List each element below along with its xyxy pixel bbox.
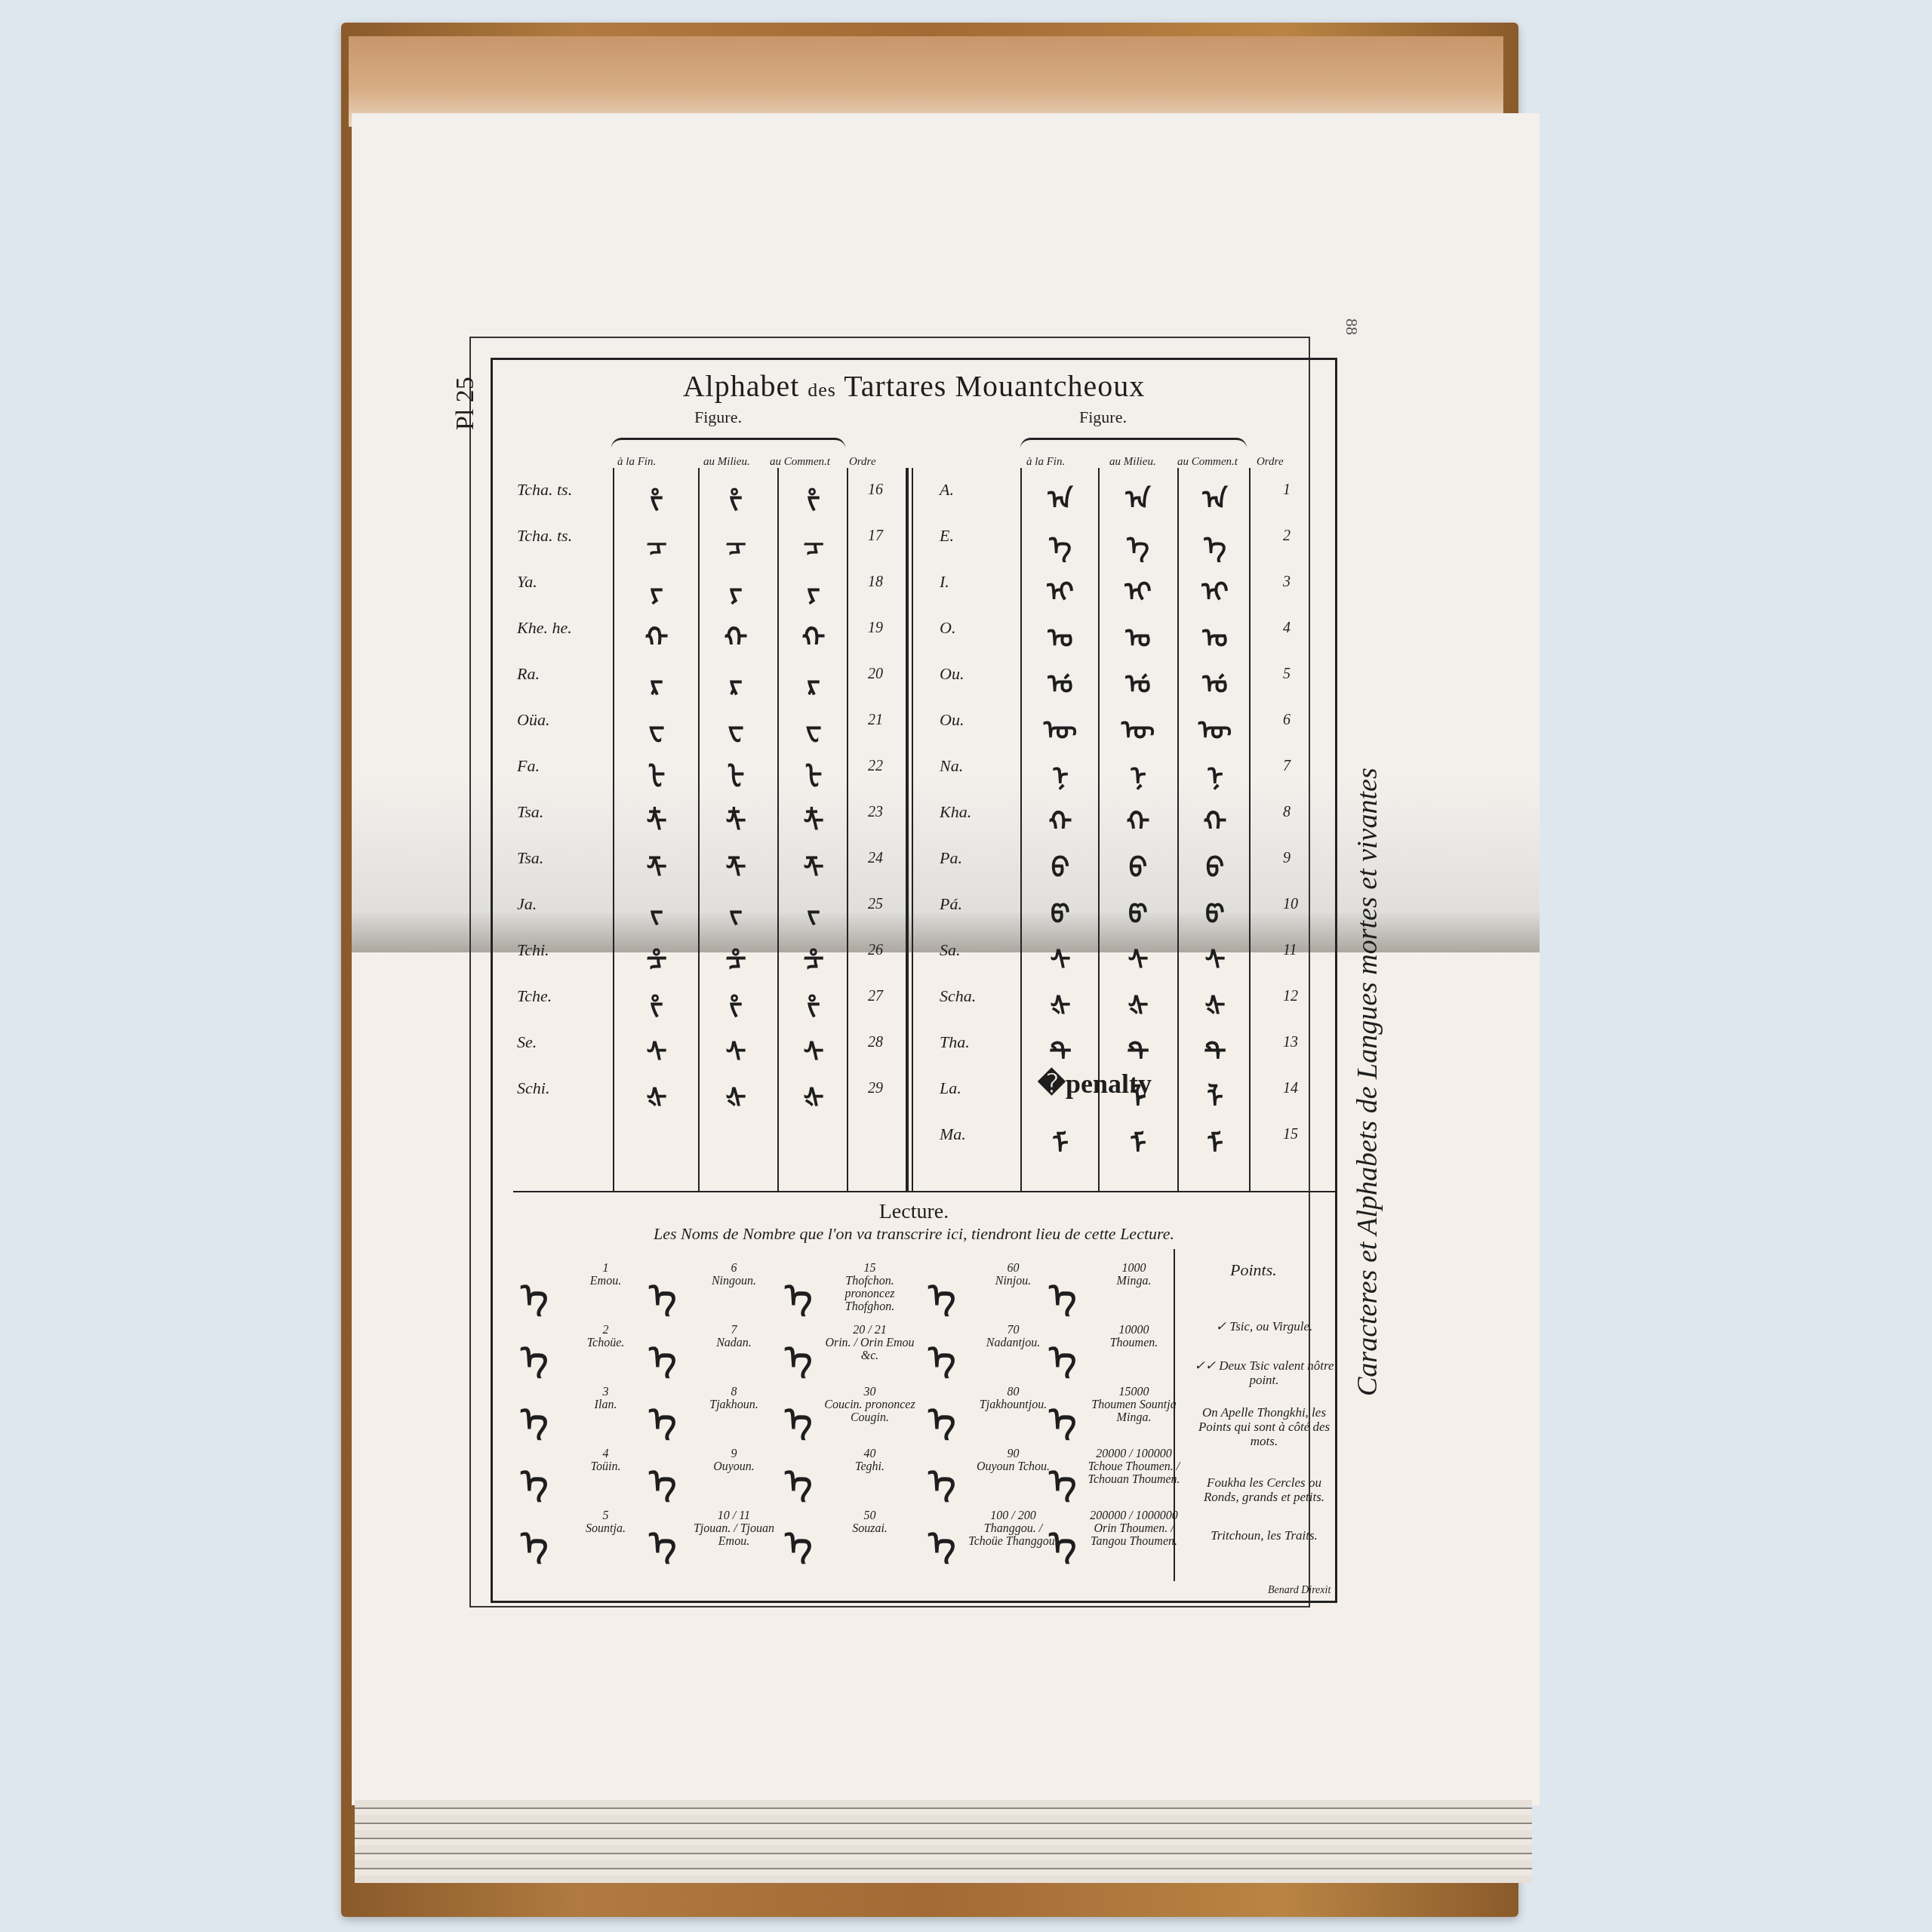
manchu-numeral-glyph: ᡝ [1049, 1321, 1076, 1379]
glyph-medial: ᠶ [713, 561, 758, 609]
grid-line [1020, 468, 1022, 1192]
letter-name: Schi. [517, 1078, 549, 1098]
number-name-item: 2Tchoüe. [558, 1324, 653, 1349]
glyph-final: ᡶ [634, 746, 679, 793]
glyph-final: ᠮ [1038, 1114, 1083, 1161]
numeral-name: Orin. / Orin Emou &c. [823, 1337, 917, 1362]
glyph-initial: ᡶ [791, 746, 836, 793]
letter-name: Na. [940, 756, 963, 776]
numeral: 2 [558, 1324, 653, 1337]
numeral-name: Orin Thoumen. / Tangou Thoumen. [1087, 1522, 1181, 1548]
figure-label-right: Figure. [1079, 408, 1127, 427]
numeral-name: Toüin. [558, 1460, 653, 1473]
manchu-numeral-glyph: ᡝ [1049, 1444, 1076, 1503]
manchu-numeral-glyph: ᡝ [649, 1259, 676, 1317]
number-name-item: 200000 / 1000000Orin Thoumen. / Tangou T… [1087, 1509, 1181, 1548]
number-name-item: 40Teghi. [823, 1447, 917, 1473]
manchu-numeral-glyph: ᡝ [785, 1383, 812, 1441]
lecture-title: Lecture. [491, 1200, 1337, 1224]
glyph-medial: ᡴ [713, 608, 758, 655]
glyph-final: ᡡ [1038, 700, 1083, 747]
numeral: 3 [558, 1386, 653, 1398]
glyph-final: ᡝ [1038, 515, 1083, 563]
brace-right [1020, 438, 1247, 457]
manchu-numeral-glyph: ᡝ [521, 1506, 548, 1564]
order-number: 13 [1283, 1034, 1298, 1051]
numeral: 6 [687, 1262, 781, 1275]
number-name-item: 100 / 200Thanggou. / Tchoüe Thanggou. [966, 1509, 1060, 1548]
letter-name: Oüa. [517, 710, 549, 730]
grid-line [698, 468, 700, 1192]
letter-name: Tcha. ts. [517, 480, 572, 500]
glyph-medial: ᡷ [713, 976, 758, 1023]
col-header-milieu-right: au Milieu. [1109, 456, 1156, 469]
glyph-initial: ᡱ [791, 930, 836, 977]
manchu-numeral-glyph: ᡝ [1049, 1383, 1076, 1441]
brace-left [611, 438, 845, 457]
numeral: 8 [687, 1386, 781, 1398]
letter-name: Tchi. [517, 940, 549, 960]
order-number: 20 [868, 666, 883, 683]
numeral: 15000 [1087, 1386, 1181, 1398]
number-name-item: 6Ningoun. [687, 1262, 781, 1287]
letter-name: Tche. [517, 986, 552, 1006]
numeral-name: Thoumen. [1087, 1337, 1181, 1349]
number-name-item: 8Tjakhoun. [687, 1386, 781, 1411]
manchu-numeral-glyph: ᡝ [521, 1383, 548, 1441]
handwritten-mark: 88 [1342, 318, 1361, 335]
glyph-medial: ᡷ [713, 469, 758, 517]
glyph-medial: ᡮ [713, 792, 758, 839]
numeral: 10000 [1087, 1324, 1181, 1337]
number-name-item: 7Nadan. [687, 1324, 781, 1349]
glyph-initial: ᡠ [1192, 654, 1238, 701]
manchu-numeral-glyph: ᡝ [928, 1259, 955, 1317]
letter-name: Ma. [940, 1124, 966, 1144]
glyph-final: ᠣ [1038, 608, 1083, 655]
numeral-name: Ouyoun Tchou. [966, 1460, 1060, 1473]
glyph-final: ᡳ [1038, 561, 1083, 609]
glyph-final: ᡴ [1038, 792, 1083, 839]
letter-name: Tsa. [517, 848, 543, 868]
manchu-numeral-glyph: ᡝ [649, 1444, 676, 1503]
glyph-final: ᠰ [1038, 930, 1083, 977]
number-name-item: 50Souzai. [823, 1509, 917, 1535]
glyph-final: ᡧ [1038, 976, 1083, 1023]
letter-name: Tcha. ts. [517, 526, 572, 546]
numeral-name: Nadantjou. [966, 1337, 1060, 1349]
numeral-name: Ninjou. [966, 1275, 1060, 1287]
number-name-item: 10 / 11Tjouan. / Tjouan Emou. [687, 1509, 781, 1548]
manchu-numeral-glyph: ᡝ [521, 1321, 548, 1379]
glyph-medial: ᠰ [713, 1022, 758, 1069]
glyph-initial: ᡴ [791, 608, 836, 655]
glyph-medial: ᡦ [1115, 884, 1161, 931]
glyph-medial: ᠸ [713, 700, 758, 747]
manchu-numeral-glyph: ᡝ [928, 1506, 955, 1564]
glyph-medial: ᡝ [1115, 515, 1161, 563]
numeral: 1 [558, 1262, 653, 1275]
numeral-name: Tchoüe. [558, 1337, 653, 1349]
points-item: ✓✓ Deux Tsic valent nôtre point. [1192, 1358, 1336, 1387]
order-number: 7 [1283, 758, 1291, 775]
manchu-numeral-glyph: ᡝ [785, 1259, 812, 1317]
grid-line [847, 468, 848, 1192]
glyph-final: ᠶ [634, 561, 679, 609]
letter-name: Fa. [517, 756, 540, 776]
page-stack-bottom-edge [355, 1800, 1532, 1883]
order-number: 6 [1283, 712, 1291, 729]
glyph-initial: ᡨ [1192, 1022, 1238, 1069]
center-double-rule [912, 468, 913, 1192]
numeral-name: Tchoue Thoumen. / Tchouan Thoumen. [1087, 1460, 1181, 1486]
order-number: 19 [868, 620, 883, 637]
glyph-medial: ᡳ [1115, 561, 1161, 609]
glyph-initial: ᡧ [1192, 976, 1238, 1023]
order-number: 5 [1283, 666, 1291, 683]
order-number: 17 [868, 528, 883, 545]
number-name-item: 20000 / 100000Tchoue Thoumen. / Tchouan … [1087, 1447, 1181, 1486]
order-number: 3 [1283, 574, 1291, 591]
glyph-medial: ᡵ [713, 654, 758, 701]
glyph-initial: ᠮ [1192, 1114, 1238, 1161]
numeral-name: Couсin. prononcez Cougin. [823, 1398, 917, 1424]
glyph-initial: ᡦ [1192, 884, 1238, 931]
glyph-medial: ᠵ [713, 884, 758, 931]
order-number: 27 [868, 988, 883, 1005]
number-name-item: 4Toüin. [558, 1447, 653, 1473]
glyph-medial: ᡯ [713, 838, 758, 885]
glyph-initial: ᡷ [791, 469, 836, 517]
letter-name: Pá. [940, 894, 962, 914]
manchu-numeral-glyph: ᡝ [649, 1383, 676, 1441]
glyph-initial: ᡡ [1192, 700, 1238, 747]
glyph-initial: ᡵ [791, 654, 836, 701]
letter-name: Pa. [940, 848, 962, 868]
numeral-name: Ouyoun. [687, 1460, 781, 1473]
order-number: 14 [1283, 1080, 1298, 1097]
grid-line [1177, 468, 1179, 1192]
number-name-item: 10000Thoumen. [1087, 1324, 1181, 1349]
glyph-initial: ᠵ [791, 884, 836, 931]
glyph-medial: ᡱ [713, 930, 758, 977]
numeral-name: Ningoun. [687, 1275, 781, 1287]
col-header-fin-left: à la Fin. [617, 456, 656, 469]
manchu-numeral-glyph: ᡝ [928, 1383, 955, 1441]
manchu-numeral-glyph: ᡝ [785, 1506, 812, 1564]
col-header-ordre-right: Ordre [1257, 456, 1284, 469]
lecture-subtitle: Les Noms de Nombre que l'on va transcrir… [491, 1224, 1337, 1244]
title-part-small: des [808, 379, 836, 401]
order-number: 26 [868, 942, 883, 959]
order-number: 8 [1283, 804, 1291, 821]
glyph-final: ᡧ [634, 1068, 679, 1115]
glyph-medial: ᠰ [1115, 930, 1161, 977]
table-bottom-rule [513, 1191, 1336, 1192]
number-name-item: 3Ilan. [558, 1386, 653, 1411]
number-name-item: 5Sountja. [558, 1509, 653, 1535]
number-name-item: 9Ouyoun. [687, 1447, 781, 1473]
letter-name: Tsa. [517, 802, 543, 822]
plate-title: Alphabet des Tartares Mouantcheoux [491, 368, 1337, 404]
numeral: 10 / 11 [687, 1509, 781, 1522]
glyph-initial: ᡝ [1192, 515, 1238, 563]
number-name-item: 30Couсin. prononcez Cougin. [823, 1386, 917, 1424]
glyph-final: ᡴ [634, 608, 679, 655]
letter-name: Khe. he. [517, 618, 572, 638]
glyph-medial: ᠣ [1115, 608, 1161, 655]
glyph-final: ᡠ [1038, 654, 1083, 701]
order-number: 11 [1283, 942, 1297, 959]
glyph-initial: ᡯ [791, 838, 836, 885]
grid-line [1249, 468, 1251, 1192]
figure-label-left: Figure. [694, 408, 742, 427]
glyph-initial: ᠰ [1192, 930, 1238, 977]
numeral-name: Thanggou. / Tchoüe Thanggou. [966, 1522, 1060, 1548]
numeral: 70 [966, 1324, 1060, 1337]
glyph-medial: ᠠ [1115, 469, 1161, 517]
numeral-name: Thoumen Sountja Minga. [1087, 1398, 1181, 1424]
order-number: 29 [868, 1080, 883, 1097]
numeral-name: Tjakhountjou. [966, 1398, 1060, 1411]
center-double-rule [906, 468, 909, 1192]
glyph-initial: ᠨ [1192, 746, 1238, 793]
numeral: 20 / 21 [823, 1324, 917, 1337]
glyph-final: ᠠ [1038, 469, 1083, 517]
glyph-final: ᡦ [1038, 884, 1083, 931]
manchu-numeral-glyph: ᡝ [1049, 1506, 1076, 1564]
col-header-commen-left: au Commen.t [770, 456, 830, 469]
order-number: 28 [868, 1034, 883, 1051]
glyph-initial: ᡳ [1192, 561, 1238, 609]
manchu-numeral-glyph: ᡝ [928, 1444, 955, 1503]
glyph-initial: ᠪ [1192, 838, 1238, 885]
side-caption: Caracteres et Alphabets de Langues morte… [1351, 768, 1384, 1396]
glyph-final: ᡨ [1038, 1022, 1083, 1069]
grid-line [777, 468, 779, 1192]
manchu-numeral-glyph: ᡝ [521, 1259, 548, 1317]
title-part-2: Tartares Mouantcheoux [844, 369, 1145, 403]
glyph-medial: ᡧ [1115, 976, 1161, 1023]
order-number: 1 [1283, 481, 1291, 499]
glyph-medial: ᠯ [1115, 1068, 1161, 1115]
glyph-final: �penalty [1038, 1068, 1083, 1100]
numeral-name: Tjouan. / Tjouan Emou. [687, 1522, 781, 1548]
glyph-medial: ᡶ [713, 746, 758, 793]
numeral-name: Emou. [558, 1275, 653, 1287]
order-number: 24 [868, 850, 883, 867]
order-number: 25 [868, 896, 883, 913]
glyph-final: ᡷ [634, 469, 679, 517]
glyph-medial: ᠪ [1115, 838, 1161, 885]
numeral-name: Minga. [1087, 1275, 1181, 1287]
number-name-item: 80Tjakhountjou. [966, 1386, 1060, 1411]
numeral: 9 [687, 1447, 781, 1460]
letter-name: Se. [517, 1032, 537, 1052]
glyph-final: ᡱ [634, 930, 679, 977]
glyph-final: ᠪ [1038, 838, 1083, 885]
numeral: 40 [823, 1447, 917, 1460]
letter-name: Sa. [940, 940, 961, 960]
glyph-final: ᡮ [634, 792, 679, 839]
numeral: 50 [823, 1509, 917, 1522]
letter-name: O. [940, 618, 955, 638]
glyph-final: ᠨ [1038, 746, 1083, 793]
glyph-final: ᠸ [634, 700, 679, 747]
order-number: 22 [868, 758, 883, 775]
glyph-initial: ᡮ [791, 792, 836, 839]
letter-name: Kha. [940, 802, 971, 822]
glyph-final: ᡷ [634, 976, 679, 1023]
numeral-name: Thofchon. prononcez Thofghon. [823, 1275, 917, 1313]
letter-name: Ou. [940, 664, 964, 684]
manchu-numeral-glyph: ᡝ [1049, 1259, 1076, 1317]
engraver-signature: Benard Direxit [1268, 1585, 1331, 1597]
glyph-initial: ᠶ [791, 561, 836, 609]
numeral: 30 [823, 1386, 917, 1398]
letter-name: A. [940, 480, 954, 500]
number-name-item: 15Thofchon. prononcez Thofghon. [823, 1262, 917, 1313]
numeral: 4 [558, 1447, 653, 1460]
numeral-name: Sountja. [558, 1522, 653, 1535]
letter-name: La. [940, 1078, 961, 1098]
letter-name: Ya. [517, 572, 537, 592]
letter-name: Ou. [940, 710, 964, 730]
glyph-initial: ᡧ [791, 1068, 836, 1115]
col-header-fin-right: à la Fin. [1026, 456, 1065, 469]
numeral-name: Ilan. [558, 1398, 653, 1411]
manchu-numeral-glyph: ᡝ [521, 1444, 548, 1503]
number-name-item: 60Ninjou. [966, 1262, 1060, 1287]
numeral-name: Tjakhoun. [687, 1398, 781, 1411]
title-part-1: Alphabet [683, 369, 800, 403]
glyph-initial: ᡴ [1192, 792, 1238, 839]
col-header-commen-right: au Commen.t [1177, 456, 1238, 469]
number-name-item: 1000Minga. [1087, 1262, 1181, 1287]
numeral: 100 / 200 [966, 1509, 1060, 1522]
letter-name: Ra. [517, 664, 540, 684]
order-number: 12 [1283, 988, 1298, 1005]
glyph-final: ᡵ [634, 654, 679, 701]
glyph-medial: ᡴ [1115, 792, 1161, 839]
glyph-final: ᡯ [634, 838, 679, 885]
manchu-numeral-glyph: ᡝ [785, 1321, 812, 1379]
numeral-name: Souzai. [823, 1522, 917, 1535]
letter-name: Tha. [940, 1032, 970, 1052]
glyph-medial: ᡡ [1115, 700, 1161, 747]
numeral: 15 [823, 1262, 917, 1275]
points-item: On Apelle Thongkhi, les Points qui sont … [1192, 1405, 1336, 1448]
numeral: 60 [966, 1262, 1060, 1275]
numeral: 7 [687, 1324, 781, 1337]
numeral: 90 [966, 1447, 1060, 1460]
manchu-numeral-glyph: ᡝ [928, 1321, 955, 1379]
grid-line [613, 468, 614, 1192]
glyph-final: ᠵ [634, 884, 679, 931]
letter-name: Ja. [517, 894, 537, 914]
order-number: 23 [868, 804, 883, 821]
col-header-milieu-left: au Milieu. [703, 456, 750, 469]
glyph-medial: ᠨ [1115, 746, 1161, 793]
number-name-item: 1Emou. [558, 1262, 653, 1287]
manchu-numeral-glyph: ᡝ [649, 1506, 676, 1564]
glyph-final: ᠰ [634, 1022, 679, 1069]
glyph-medial: ᠮ [1115, 1114, 1161, 1161]
numeral: 200000 / 1000000 [1087, 1509, 1181, 1522]
points-item: Foukha les Cercles ou Ronds, grands et p… [1192, 1475, 1336, 1504]
glyph-medial: ᡧ [713, 1068, 758, 1115]
numeral: 1000 [1087, 1262, 1181, 1275]
points-item: ✓ Tsic, ou Virgule. [1192, 1319, 1336, 1334]
manchu-numeral-glyph: ᡝ [649, 1321, 676, 1379]
manchu-numeral-glyph: ᡝ [785, 1444, 812, 1503]
glyph-initial: ᡷ [791, 976, 836, 1023]
glyph-initial: ᠠ [1192, 469, 1238, 517]
glyph-initial: ᠸ [791, 700, 836, 747]
order-number: 18 [868, 574, 883, 591]
plate-number: Pl 25 [451, 377, 480, 430]
number-name-item: 15000Thoumen Sountja Minga. [1087, 1386, 1181, 1424]
number-name-item: 70Nadantjou. [966, 1324, 1060, 1349]
glyph-medial: ᡠ [1115, 654, 1161, 701]
numeral-name: Nadan. [687, 1337, 781, 1349]
number-name-item: 90Ouyoun Tchou. [966, 1447, 1060, 1473]
order-number: 9 [1283, 850, 1291, 867]
numeral: 5 [558, 1509, 653, 1522]
numeral-name: Teghi. [823, 1460, 917, 1473]
letter-name: E. [940, 526, 954, 546]
glyph-initial: ᠴ [791, 515, 836, 563]
glyph-initial: ᠯ [1192, 1068, 1238, 1115]
points-title: Points. [1230, 1260, 1277, 1280]
order-number: 10 [1283, 896, 1298, 913]
letter-name: I. [940, 572, 949, 592]
points-item: Tritchoun, les Traits. [1192, 1528, 1336, 1543]
glyph-final: ᠴ [634, 515, 679, 563]
glyph-initial: ᠣ [1192, 608, 1238, 655]
letter-name: Scha. [940, 986, 976, 1006]
glyph-medial: ᡨ [1115, 1022, 1161, 1069]
numeral: 80 [966, 1386, 1060, 1398]
order-number: 21 [868, 712, 883, 729]
order-number: 16 [868, 481, 883, 499]
order-number: 2 [1283, 528, 1291, 545]
order-number: 4 [1283, 620, 1291, 637]
numeral: 20000 / 100000 [1087, 1447, 1181, 1460]
glyph-medial: ᠴ [713, 515, 758, 563]
glyph-initial: ᠰ [791, 1022, 836, 1069]
number-name-item: 20 / 21Orin. / Orin Emou &c. [823, 1324, 917, 1362]
order-number: 15 [1283, 1126, 1298, 1143]
col-header-ordre-left: Ordre [849, 456, 876, 469]
